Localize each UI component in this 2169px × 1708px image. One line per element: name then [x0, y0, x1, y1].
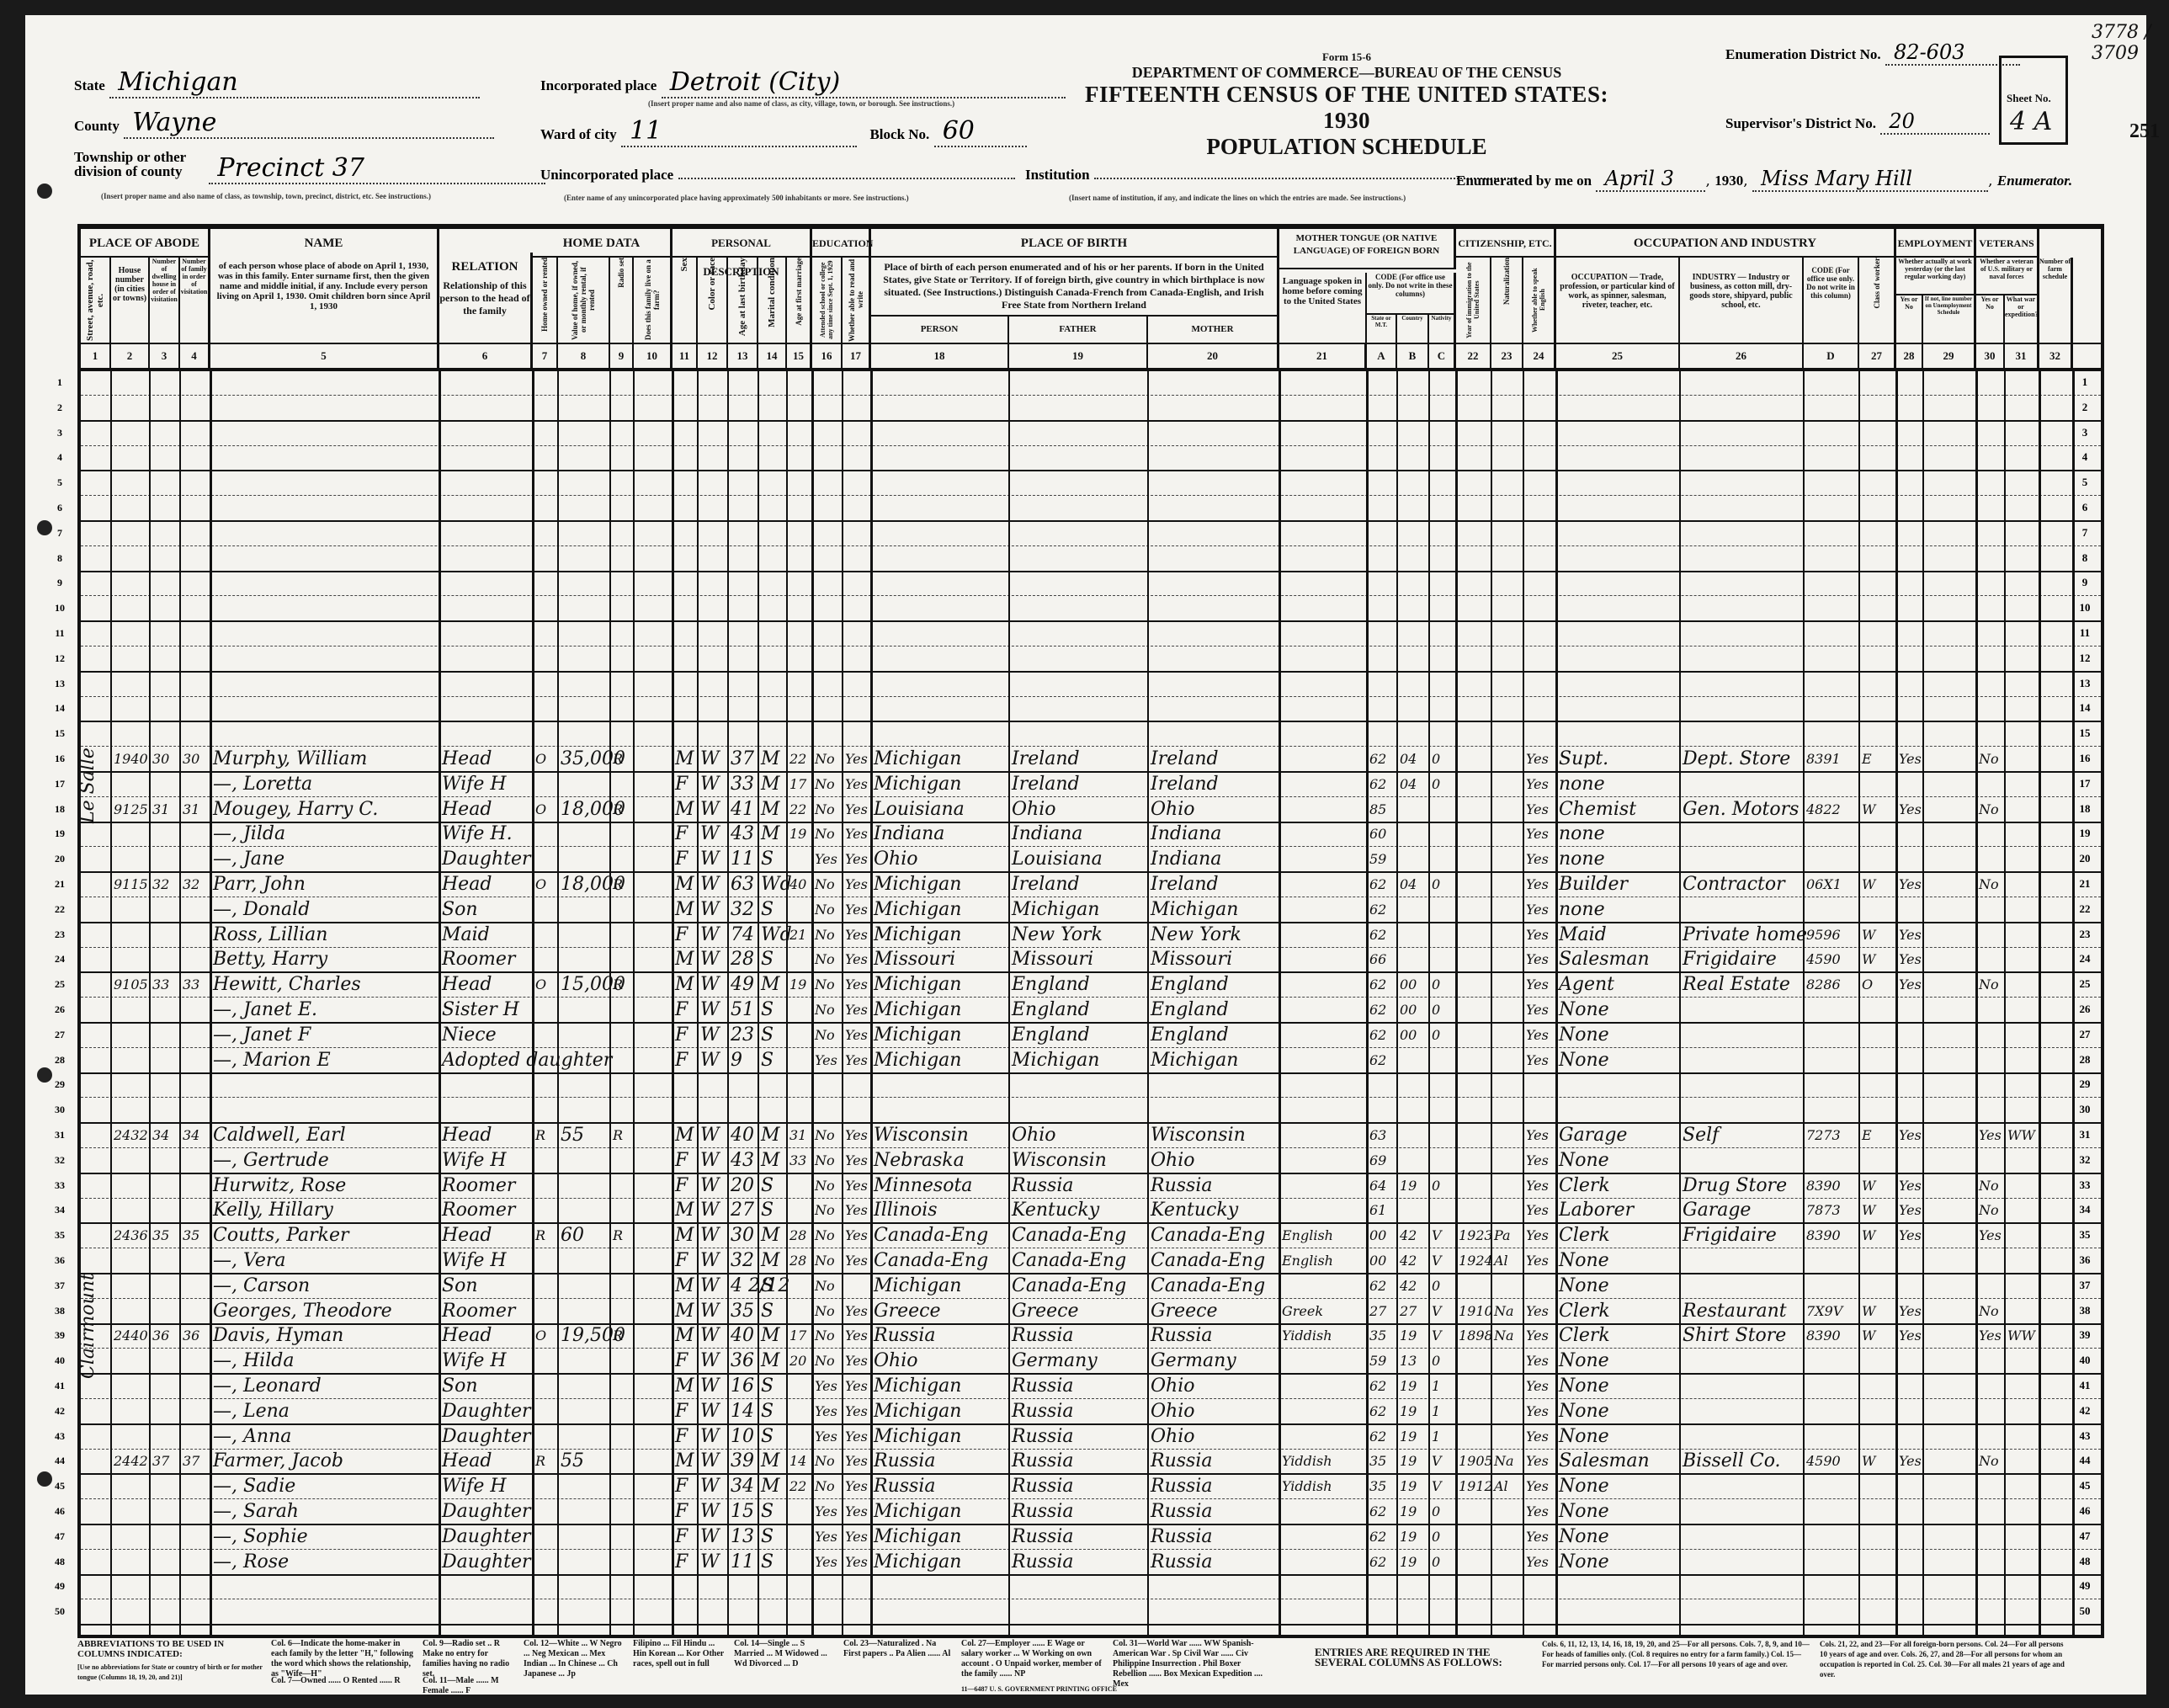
cell-codeC: 0 — [1432, 1498, 1440, 1524]
group-home-data: HOME DATA — [533, 229, 672, 258]
cell-english: Yes — [1526, 1322, 1549, 1348]
cell-relation: Head — [442, 746, 492, 771]
cell-relation: Head — [442, 1222, 492, 1248]
header-war: What war or expedition? — [2005, 295, 2039, 343]
cell-race: W — [700, 1498, 720, 1524]
cell-age-marr: 17 — [789, 771, 806, 796]
enumerated-by-field: Enumerated by me on April 3, 1930, Miss … — [1456, 167, 2072, 192]
cell-occupation: None — [1559, 1423, 1609, 1449]
cell-pob-father: Michigan — [1012, 1047, 1099, 1072]
cell-sex: F — [675, 1473, 688, 1498]
column-divider — [1366, 370, 1369, 1635]
column-number: 17 — [843, 344, 871, 368]
line-number-left: 36 — [54, 1248, 66, 1273]
cell-occupation: Chemist — [1559, 796, 1636, 822]
cell-age-marr: 31 — [789, 1122, 806, 1147]
cell-natur: Al — [1494, 1473, 1508, 1498]
cell-dwelling: 36 — [152, 1322, 169, 1348]
cell-pob-mother: Ohio — [1151, 1373, 1195, 1398]
cell-age: 35 — [731, 1298, 754, 1323]
cell-name: Farmer, Jacob — [213, 1448, 343, 1473]
cell-sex: M — [675, 871, 694, 897]
cell-read: Yes — [845, 746, 868, 771]
schedule-title: POPULATION SCHEDULE — [1077, 134, 1616, 160]
cell-occupation: None — [1559, 1549, 1609, 1574]
cell-family: 30 — [183, 746, 199, 771]
cell-pob-mother: England — [1151, 971, 1229, 997]
column-divider — [110, 370, 112, 1635]
line-number: 46 — [2076, 1498, 2094, 1524]
cell-marital: M — [761, 771, 780, 796]
cell-name: —, Jane — [213, 846, 284, 871]
line-number: 6 — [2076, 495, 2094, 520]
header-speak-english: Whether able to speak English — [1523, 258, 1556, 343]
cell-school: Yes — [815, 846, 837, 871]
column-number: 19 — [1009, 344, 1148, 368]
cell-at-work: Yes — [1899, 871, 1922, 897]
table-row: 1414 — [81, 695, 2101, 722]
column-divider — [1396, 370, 1398, 1635]
cell-pob: Wisconsin — [874, 1122, 969, 1147]
cell-sex: F — [675, 846, 688, 871]
cell-relation: Wife H — [442, 771, 507, 796]
entries-list-1: Cols. 6, 11, 12, 13, 14, 16, 18, 19, 20,… — [1542, 1639, 1811, 1669]
street-name-margin: Le Salle — [77, 748, 98, 823]
cell-race: W — [700, 1222, 720, 1248]
cell-codeC: 1 — [1432, 1423, 1440, 1449]
line-number-left: 39 — [54, 1322, 66, 1348]
cell-industry: Restaurant — [1683, 1298, 1787, 1323]
cell-relation: Sister H — [442, 997, 519, 1022]
cell-school: No — [815, 1473, 835, 1498]
cell-race: W — [700, 1197, 720, 1222]
cell-english: Yes — [1526, 1549, 1549, 1574]
cell-pob: Indiana — [874, 821, 944, 846]
table-row: 22 — [81, 395, 2101, 422]
cell-codeC: 0 — [1432, 771, 1440, 796]
cell-codeB: 00 — [1400, 1022, 1417, 1047]
cell-name: —, Sarah — [213, 1498, 299, 1524]
line-number: 44 — [2076, 1448, 2094, 1473]
cell-family: 35 — [183, 1222, 199, 1248]
column-number: 20 — [1148, 344, 1279, 368]
cell-pob-father: Ireland — [1012, 771, 1080, 796]
cell-dwelling: 32 — [152, 871, 169, 897]
enumerated-date: April 3 — [1596, 167, 1705, 192]
cell-age: 27 — [731, 1197, 754, 1222]
cell-codeD: 4590 — [1806, 1448, 1841, 1473]
cell-name: —, Rose — [213, 1549, 289, 1574]
cell-pob-father: Russia — [1012, 1549, 1073, 1574]
column-divider — [1803, 370, 1805, 1635]
cell-codeA: 62 — [1369, 997, 1386, 1022]
table-row: 33 — [81, 420, 2101, 446]
cell-sex: F — [675, 771, 688, 796]
cell-sex: M — [675, 1222, 694, 1248]
column-number: D — [1804, 344, 1859, 368]
cell-pob-mother: Michigan — [1151, 897, 1238, 922]
cell-codeB: 04 — [1400, 746, 1417, 771]
line-number: 50 — [2076, 1599, 2094, 1624]
line-number-left: 11 — [54, 620, 66, 646]
table-row: 11 — [81, 370, 2101, 396]
cell-codeC: V — [1432, 1298, 1442, 1323]
cell-pob-mother: Russia — [1151, 1473, 1212, 1498]
cell-read: Yes — [845, 1147, 868, 1173]
header-dwelling-number: Number of dwelling house in order of vis… — [150, 258, 180, 343]
cell-codeA: 63 — [1369, 1122, 1386, 1147]
cell-occupation: None — [1559, 1022, 1609, 1047]
header-relation: Relationship of this person to the head … — [439, 279, 533, 343]
county-field: County Wayne — [74, 108, 494, 139]
cell-race: W — [700, 1047, 720, 1072]
line-number-left: 49 — [54, 1573, 66, 1599]
cell-pob-mother: Michigan — [1151, 1047, 1238, 1072]
line-number: 12 — [2076, 646, 2094, 671]
cell-family: 34 — [183, 1122, 199, 1147]
cell-english: Yes — [1526, 821, 1549, 846]
cell-codeC: V — [1432, 1248, 1442, 1273]
cell-read: Yes — [845, 846, 868, 871]
cell-read: Yes — [845, 1197, 868, 1222]
cell-dwelling: 35 — [152, 1222, 169, 1248]
group-place-of-birth: PLACE OF BIRTH — [871, 229, 1279, 258]
cell-school: No — [815, 1348, 835, 1373]
cell-occupation: None — [1559, 1348, 1609, 1373]
cell-age: 36 — [731, 1348, 754, 1373]
county-value: Wayne — [124, 108, 494, 139]
cell-codeD: 9596 — [1806, 922, 1841, 947]
cell-school: No — [815, 1173, 835, 1198]
cell-age-marr: 22 — [789, 796, 806, 822]
line-number: 21 — [2076, 871, 2094, 897]
cell-race: W — [700, 1549, 720, 1574]
cell-occupation: Salesman — [1559, 1448, 1650, 1473]
cell-codeC: 0 — [1432, 1022, 1440, 1047]
line-number: 26 — [2076, 997, 2094, 1022]
column-number: B — [1397, 344, 1429, 368]
cell-age: 10 — [731, 1423, 754, 1449]
cell-name: —, Vera — [213, 1248, 286, 1273]
cell-sex: M — [675, 746, 694, 771]
cell-pob-father: Russia — [1012, 1498, 1073, 1524]
cell-language: English — [1282, 1248, 1333, 1273]
line-number-left: 29 — [54, 1072, 66, 1097]
cell-codeC: 0 — [1432, 746, 1440, 771]
cell-marital: S — [761, 1498, 774, 1524]
population-schedule-table: PLACE OF ABODE NAME RELATION HOME DATA P… — [77, 224, 2104, 1638]
line-number-left: 48 — [54, 1549, 66, 1574]
cell-owned: O — [535, 746, 546, 771]
line-number: 13 — [2076, 671, 2094, 696]
cell-veteran: Yes — [1979, 1122, 2002, 1147]
cell-owned: R — [535, 1448, 545, 1473]
cell-relation: Maid — [442, 922, 490, 947]
line-number: 24 — [2076, 946, 2094, 971]
cell-sex: F — [675, 1147, 688, 1173]
cell-english: Yes — [1526, 1173, 1549, 1198]
table-row: Georges, TheodoreRoomerMW35SNoYesGreeceG… — [81, 1298, 2101, 1325]
header-language: Language spoken in home before coming to… — [1279, 273, 1367, 343]
cell-at-work: Yes — [1899, 946, 1922, 971]
cell-name: Hewitt, Charles — [213, 971, 361, 997]
line-number-left: 25 — [54, 971, 66, 997]
incorporated-note: (Insert proper name and also name of cla… — [648, 99, 954, 108]
cell-codeA: 62 — [1369, 746, 1386, 771]
table-row: —, LorettaWife HFW33M17NoYesMichiganIrel… — [81, 771, 2101, 797]
cell-pob-father: Ireland — [1012, 746, 1080, 771]
line-number-left: 14 — [54, 695, 66, 721]
table-row: —, SarahDaughterFW15SYesYesMichiganRussi… — [81, 1498, 2101, 1525]
line-number-left: 35 — [54, 1222, 66, 1248]
cell-codeD: 8391 — [1806, 746, 1841, 771]
form-number: Form 15-6 — [1077, 51, 1616, 64]
abbrev-col12: Col. 12—White ... W Negro ... Neg Mexica… — [524, 1639, 625, 1679]
cell-sex: M — [675, 1197, 694, 1222]
header-unemployment-line: If not, line number on Unemployment Sche… — [1923, 295, 1976, 343]
line-number: 20 — [2076, 846, 2094, 871]
header-age: Age at last birthday — [728, 258, 758, 343]
margin-stamp-numbers: 3778 / 3709 — [2092, 22, 2159, 64]
cell-school: No — [815, 1222, 835, 1248]
cell-school: No — [815, 771, 835, 796]
cell-at-work: Yes — [1899, 1222, 1922, 1248]
line-number-left: 31 — [54, 1122, 66, 1147]
cell-read: Yes — [845, 821, 868, 846]
cell-relation: Wife H — [442, 1147, 507, 1173]
cell-house: 9105 — [114, 971, 148, 997]
cell-codeA: 62 — [1369, 1047, 1386, 1072]
abbrev-title: ABBREVIATIONS TO BE USED IN COLUMNS INDI… — [77, 1639, 263, 1683]
cell-english: Yes — [1526, 1473, 1549, 1498]
line-number: 15 — [2076, 721, 2094, 746]
cell-age-marr: 22 — [789, 746, 806, 771]
line-number: 41 — [2076, 1373, 2094, 1398]
header-read-write: Whether able to read and write — [843, 258, 871, 343]
cell-occupation: Maid — [1559, 922, 1607, 947]
line-number: 40 — [2076, 1348, 2094, 1373]
column-divider — [439, 370, 441, 1635]
cell-age: 14 — [731, 1398, 754, 1423]
cell-age-marr: 20 — [789, 1348, 806, 1373]
cell-codeD: 7873 — [1806, 1197, 1841, 1222]
cell-age: 11 — [731, 1549, 754, 1574]
line-number-left: 40 — [54, 1348, 66, 1373]
cell-race: W — [700, 1398, 720, 1423]
cell-read: Yes — [845, 771, 868, 796]
cell-pob: Michigan — [874, 771, 961, 796]
cell-occupation: Agent — [1559, 971, 1614, 997]
cell-age: 33 — [731, 771, 754, 796]
header-immigration-year: Year of immigration to the United States — [1456, 258, 1491, 343]
ward-field: Ward of city 11 Block No. 60 — [540, 116, 1027, 147]
cell-relation: Son — [442, 1373, 478, 1398]
cell-pob-father: Missouri — [1012, 946, 1093, 971]
cell-natur: Na — [1494, 1322, 1514, 1348]
cell-codeC: V — [1432, 1448, 1442, 1473]
cell-age: 11 — [731, 846, 754, 871]
cell-codeA: 62 — [1369, 1373, 1386, 1398]
cell-codeC: V — [1432, 1222, 1442, 1248]
cell-pob-father: Wisconsin — [1012, 1147, 1107, 1173]
cell-pob: Russia — [874, 1322, 935, 1348]
cell-family: 37 — [183, 1448, 199, 1473]
cell-sex: F — [675, 1498, 688, 1524]
cell-race: W — [700, 771, 720, 796]
column-divider — [1922, 370, 1924, 1635]
cell-occupation: none — [1559, 771, 1605, 796]
table-row: 99 — [81, 570, 2101, 596]
group-personal-description: PERSONAL DESCRIPTION — [672, 229, 812, 258]
column-divider — [149, 370, 151, 1635]
line-number: 14 — [2076, 695, 2094, 721]
cell-read: Yes — [845, 1348, 868, 1373]
cell-pob-mother: Russia — [1151, 1549, 1212, 1574]
group-occupation: OCCUPATION AND INDUSTRY — [1556, 229, 1896, 258]
cell-marital: M — [761, 1473, 780, 1498]
table-row: 3030 — [81, 1097, 2101, 1124]
enumerator-name: Miss Mary Hill — [1752, 167, 1988, 192]
cell-sex: M — [675, 1448, 694, 1473]
cell-pob-father: Canada-Eng — [1012, 1222, 1126, 1248]
cell-house: 9125 — [114, 796, 148, 822]
cell-name: —, Jilda — [213, 821, 285, 846]
cell-veteran: No — [1979, 1298, 1999, 1323]
department: DEPARTMENT OF COMMERCE—BUREAU OF THE CEN… — [1077, 64, 1616, 82]
cell-immig: 1905 — [1459, 1448, 1493, 1473]
cell-school: No — [815, 1298, 835, 1323]
cell-codeD: 4822 — [1806, 796, 1841, 822]
cell-codeA: 35 — [1369, 1448, 1386, 1473]
cell-name: —, Sadie — [213, 1473, 295, 1498]
cell-marital: S — [761, 997, 774, 1022]
cell-dwelling: 37 — [152, 1448, 169, 1473]
cell-pob: Ohio — [874, 846, 918, 871]
state-field: State Michigan — [74, 67, 480, 98]
line-number: 43 — [2076, 1423, 2094, 1449]
cell-value: 60 — [561, 1222, 584, 1248]
cell-sex: F — [675, 1398, 688, 1423]
cell-sex: M — [675, 1273, 694, 1298]
line-number: 22 — [2076, 897, 2094, 922]
cell-read: Yes — [845, 1122, 868, 1147]
cell-at-work: Yes — [1899, 1197, 1922, 1222]
header-veteran-instr: Whether a veteran of U.S. military or na… — [1976, 258, 2039, 295]
cell-read: Yes — [845, 1298, 868, 1323]
cell-school: No — [815, 1147, 835, 1173]
cell-codeA: 66 — [1369, 946, 1386, 971]
line-number-left: 24 — [54, 946, 66, 971]
cell-codeD: 8390 — [1806, 1173, 1841, 1198]
cell-industry: Self — [1683, 1122, 1719, 1147]
cell-relation: Wife H — [442, 1348, 507, 1373]
cell-name: —, Loretta — [213, 771, 312, 796]
cell-pob: Russia — [874, 1448, 935, 1473]
cell-read: Yes — [845, 1322, 868, 1348]
column-divider — [210, 370, 212, 1635]
column-divider — [2004, 370, 2006, 1635]
header-home-value: Value of home, if owned, or monthly rent… — [558, 258, 610, 343]
cell-school: No — [815, 1448, 835, 1473]
cell-pob: Michigan — [874, 871, 961, 897]
line-number: 36 — [2076, 1248, 2094, 1273]
cell-occupation: None — [1559, 1373, 1609, 1398]
cell-sex: M — [675, 796, 694, 822]
cell-relation: Daughter — [442, 1398, 531, 1423]
column-divider — [1858, 370, 1860, 1635]
line-number-left: 16 — [54, 746, 66, 771]
state-value: Michigan — [109, 67, 480, 98]
column-divider — [532, 370, 534, 1635]
cell-pob-father: Greece — [1012, 1298, 1078, 1323]
column-number: 31 — [2005, 344, 2039, 368]
cell-owned: O — [535, 1322, 546, 1348]
line-number: 9 — [2076, 570, 2094, 595]
line-number-left: 37 — [54, 1273, 66, 1298]
cell-codeB: 13 — [1400, 1348, 1417, 1373]
line-number: 19 — [2076, 821, 2094, 846]
line-number-left: 27 — [54, 1022, 66, 1047]
table-row: Ross, LillianMaidFW74Wd21NoYesMichiganNe… — [81, 922, 2101, 948]
column-number: 15 — [787, 344, 812, 368]
table-row: 24423737Farmer, JacobHeadR55MW39M14NoYes… — [81, 1448, 2101, 1475]
cell-occupation: Builder — [1559, 871, 1628, 897]
header-code-a: State or M.T. — [1367, 315, 1397, 343]
cell-english: Yes — [1526, 1524, 1549, 1549]
cell-immig: 1924 — [1459, 1248, 1493, 1273]
cell-codeC: 0 — [1432, 1348, 1440, 1373]
township-field: Township or other division of county Pre… — [74, 150, 579, 184]
header-farm: Does this family live on a farm? — [634, 258, 672, 343]
cell-english: Yes — [1526, 1398, 1549, 1423]
column-divider — [786, 370, 788, 1635]
column-divider — [1008, 370, 1010, 1635]
cell-relation: Son — [442, 1273, 478, 1298]
header-age-first-marriage: Age at first marriage — [787, 258, 812, 343]
line-number: 34 — [2076, 1197, 2094, 1222]
line-number: 27 — [2076, 1022, 2094, 1047]
cell-race: W — [700, 922, 720, 947]
cell-english: Yes — [1526, 1222, 1549, 1248]
supervisor-district-value: 20 — [1880, 109, 1990, 135]
cell-marital: S — [761, 1549, 774, 1574]
ward-value: 11 — [621, 116, 857, 147]
cell-natur: Al — [1494, 1248, 1508, 1273]
cell-english: Yes — [1526, 846, 1549, 871]
cell-veteran: No — [1979, 796, 1999, 822]
cell-pob-father: Russia — [1012, 1524, 1073, 1549]
column-number: 1 — [81, 344, 111, 368]
table-row: 1111 — [81, 620, 2101, 646]
cell-pob-father: Indiana — [1012, 821, 1082, 846]
cell-age: 40 — [731, 1322, 754, 1348]
cell-read: Yes — [845, 1373, 868, 1398]
column-divider — [2039, 370, 2041, 1635]
cell-age: 49 — [731, 971, 754, 997]
sheet-number-box: Sheet No. 4 A — [1999, 56, 2068, 145]
cell-school: No — [815, 971, 835, 997]
cell-english: Yes — [1526, 1022, 1549, 1047]
abbrev-col23: Col. 23—Naturalized . Na First papers ..… — [843, 1639, 953, 1659]
column-number: 27 — [1859, 344, 1896, 368]
cell-marital: M — [761, 796, 780, 822]
line-number: 32 — [2076, 1147, 2094, 1173]
cell-pob-father: Ireland — [1012, 871, 1080, 897]
cell-english: Yes — [1526, 1197, 1549, 1222]
cell-name: Georges, Theodore — [213, 1298, 392, 1323]
cell-age: 34 — [731, 1473, 754, 1498]
cell-race: W — [700, 1298, 720, 1323]
